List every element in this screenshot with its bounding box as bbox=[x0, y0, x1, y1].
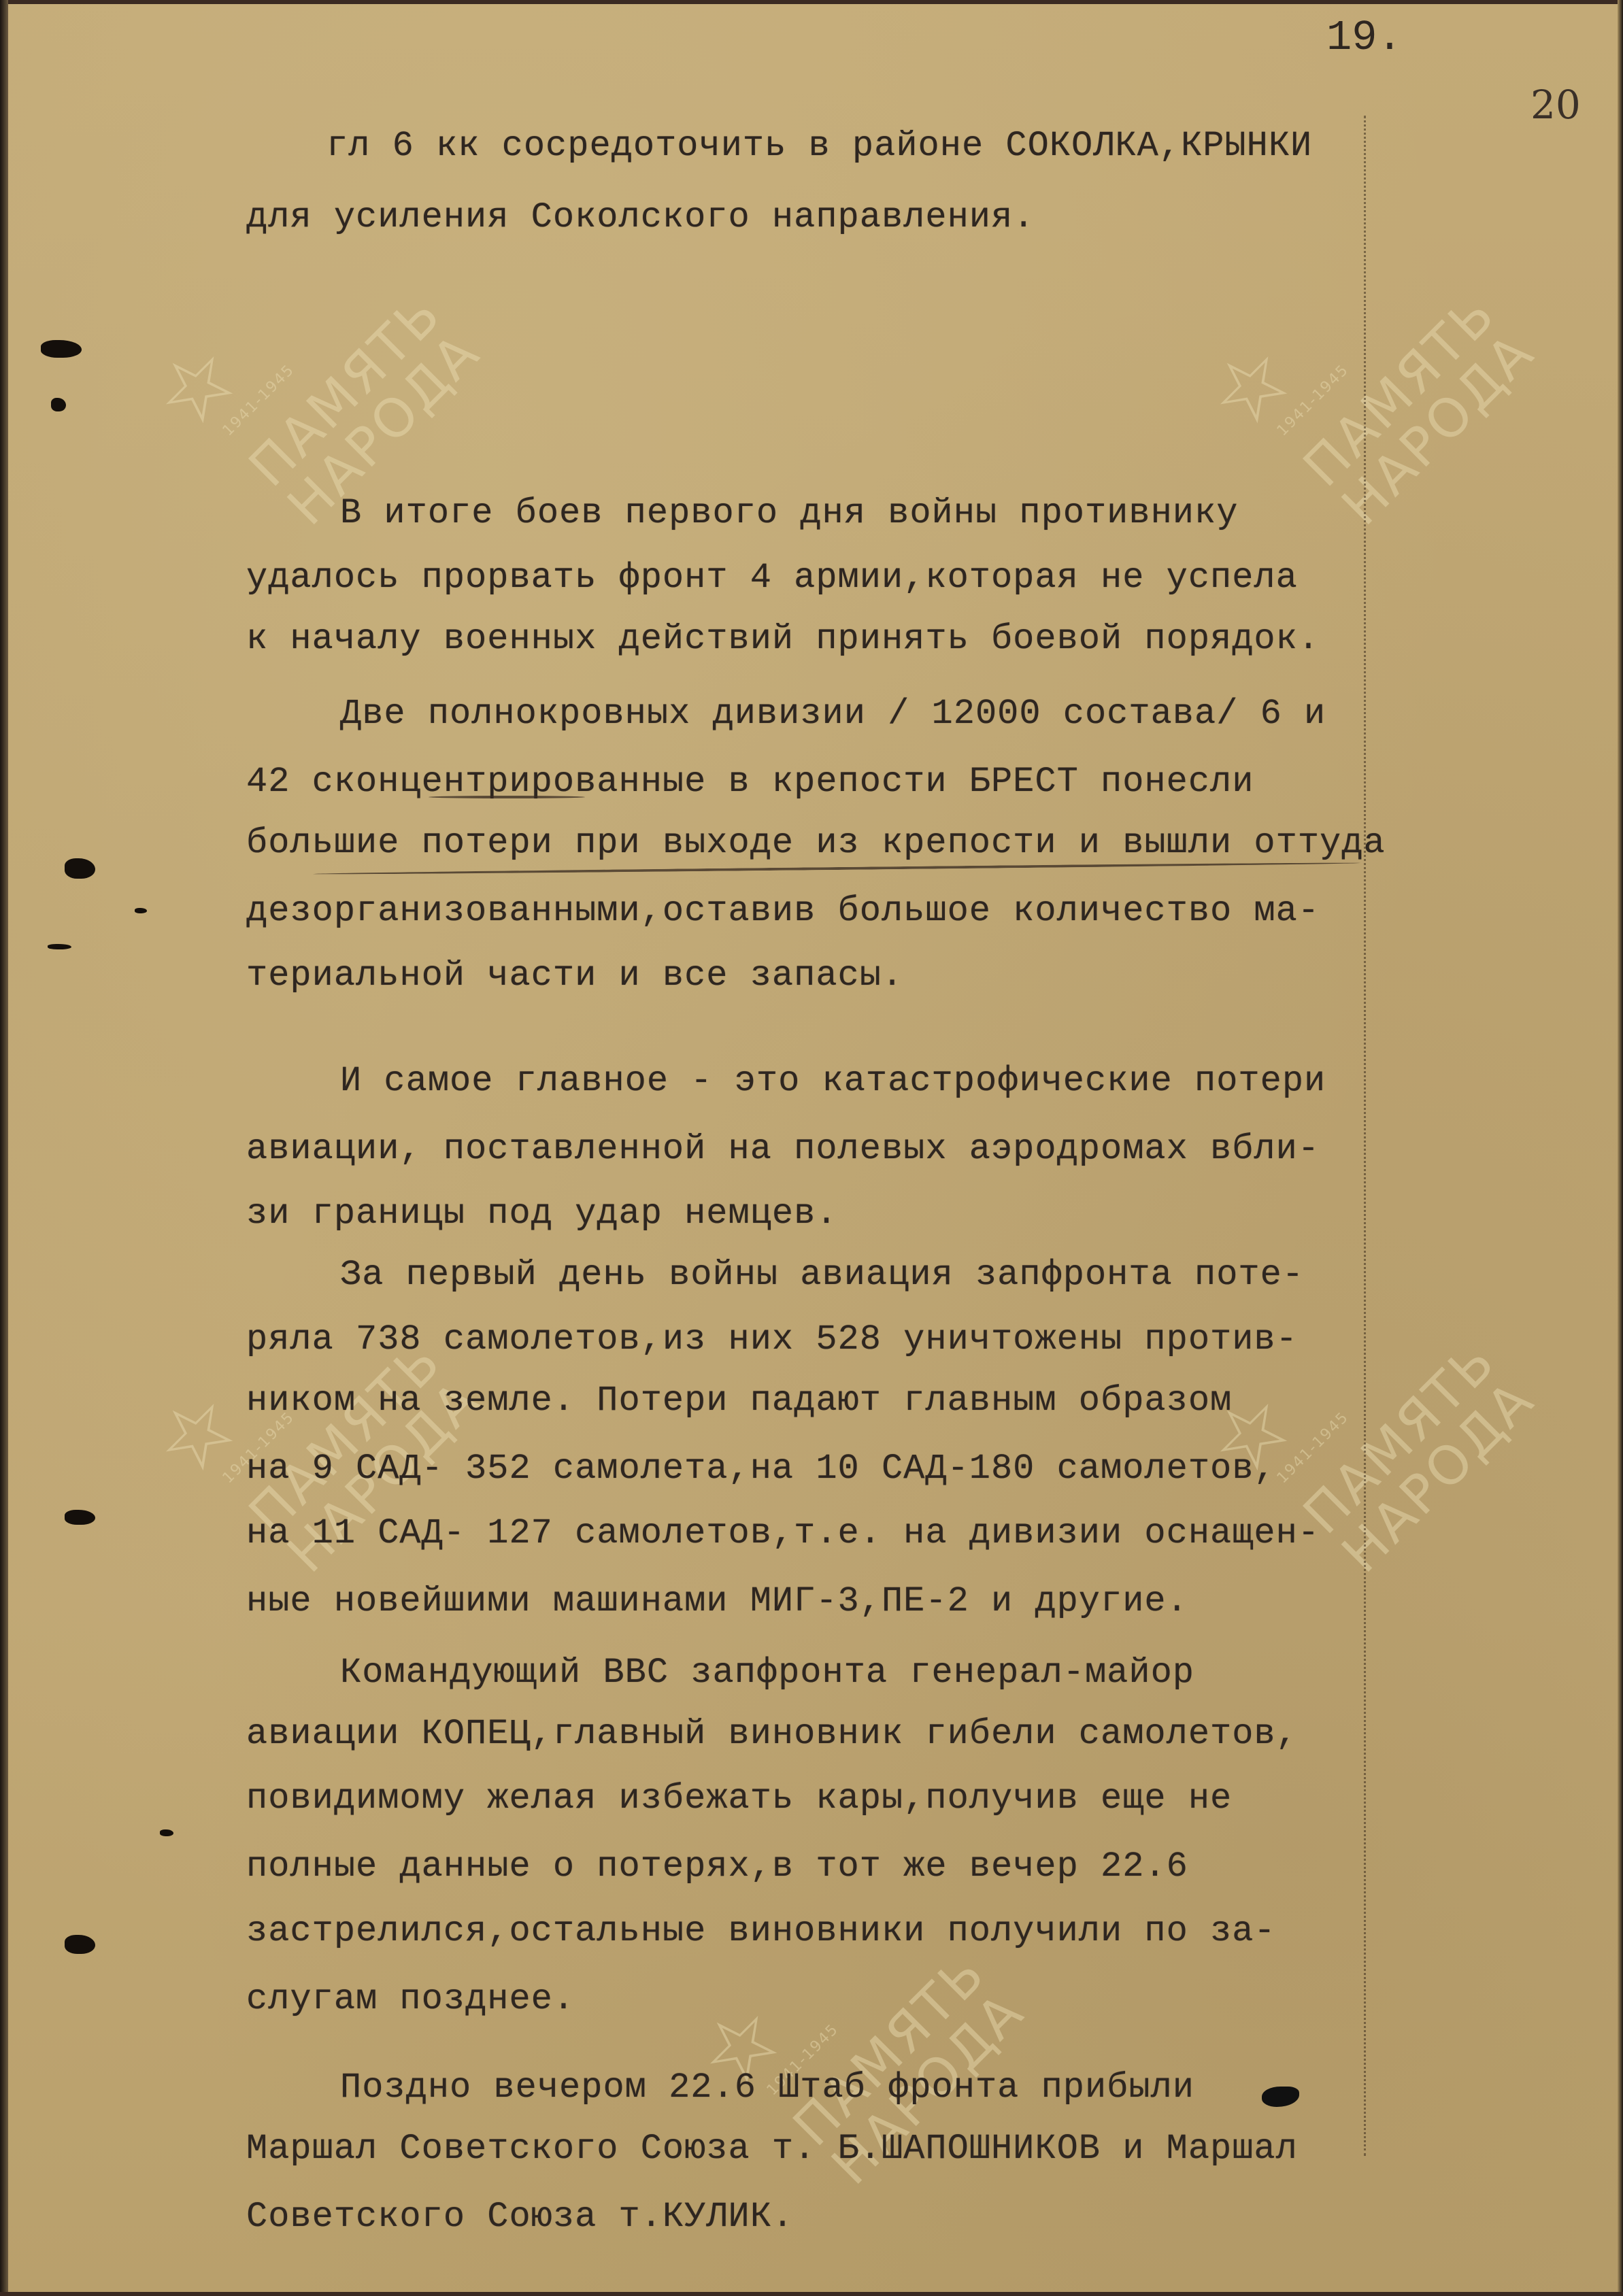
text-line: на 11 САД- 127 самолетов,т.е. на дивизии… bbox=[246, 1513, 1320, 1553]
punch-hole bbox=[135, 908, 147, 913]
text-line: Командующий ВВС запфронта генерал-майор bbox=[340, 1653, 1194, 1693]
text-line: И самое главное - это катастрофические п… bbox=[340, 1061, 1326, 1101]
scan-edge-right bbox=[1618, 0, 1623, 2296]
punch-hole bbox=[65, 1510, 95, 1525]
text-line: Советского Союза т.КУЛИК. bbox=[246, 2197, 794, 2237]
star-icon: ☆ bbox=[693, 1868, 918, 2093]
text-line: дезорганизованными,оставив большое колич… bbox=[246, 891, 1320, 931]
punch-hole bbox=[65, 1935, 95, 1954]
text-line: териальной части и все запасы. bbox=[246, 956, 903, 996]
text-line: За первый день войны авиация запфронта п… bbox=[340, 1255, 1304, 1295]
text-line: зи границы под удар немцев. bbox=[246, 1194, 838, 1234]
text-line: ные новейшими машинами МИГ-3,ПЕ-2 и друг… bbox=[246, 1581, 1188, 1621]
text-line: Маршал Советского Союза т. Б.ШАПОШНИКОВ … bbox=[246, 2129, 1298, 2169]
punch-hole bbox=[160, 1829, 173, 1836]
punch-hole bbox=[65, 858, 95, 879]
text-line: большие потери при выходе из крепости и … bbox=[246, 823, 1386, 863]
watermark: ☆ 1941-1945 ПАМЯТЬ НАРОДА bbox=[1218, 208, 1544, 535]
text-line: слугам позднее. bbox=[246, 1979, 575, 2019]
text-line: к началу военных действий принять боевой… bbox=[246, 619, 1320, 659]
document-page: ☆ 1941-1945 ПАМЯТЬ НАРОДА ☆ 1941-1945 ПА… bbox=[0, 0, 1623, 2296]
text-line: для усиления Соколского направления. bbox=[246, 197, 1035, 237]
text-line: гл 6 кк сосредоточить в районе СОКОЛКА,К… bbox=[327, 126, 1312, 166]
watermark: ☆ 1941-1945 ПАМЯТЬ НАРОДА bbox=[163, 208, 490, 535]
pencil-underline bbox=[313, 862, 1360, 875]
text-line: авиации, поставленной на полевых аэродро… bbox=[246, 1129, 1320, 1169]
text-line: Две полнокровных дивизии / 12000 состава… bbox=[340, 694, 1326, 734]
punch-hole bbox=[41, 340, 82, 358]
text-line: В итоге боев первого дня войны противник… bbox=[340, 493, 1238, 533]
text-line: ряла 738 самолетов,из них 528 уничтожены… bbox=[246, 1319, 1298, 1360]
text-line: на 9 САД- 352 самолета,на 10 САД-180 сам… bbox=[246, 1449, 1276, 1489]
text-line: авиации КОПЕЦ,главный виновник гибели са… bbox=[246, 1714, 1298, 1754]
text-line: застрелился,остальные виновники получили… bbox=[246, 1911, 1276, 1951]
star-icon: ☆ bbox=[149, 208, 374, 433]
text-line: повидимому желая избежать кары,получив е… bbox=[246, 1778, 1232, 1819]
text-line: Поздно вечером 22.6 Штаб фронта прибыли bbox=[340, 2067, 1194, 2108]
punch-hole bbox=[51, 398, 66, 411]
text-line: 42 сконцентрированные в крепости БРЕСТ п… bbox=[246, 762, 1254, 802]
archive-page-number: 20 bbox=[1530, 82, 1581, 128]
sheet-number: 19. bbox=[1326, 14, 1403, 62]
scan-edge-left bbox=[0, 0, 8, 2296]
scan-edge-top bbox=[0, 0, 1623, 4]
ink-blot bbox=[1262, 2087, 1299, 2107]
scan-edge-bottom bbox=[0, 2292, 1623, 2296]
margin-fold-line bbox=[1364, 116, 1366, 2156]
punch-hole bbox=[48, 944, 71, 949]
text-line: удалось прорвать фронт 4 армии,которая н… bbox=[246, 558, 1298, 598]
text-line: ником на земле. Потери падают главным об… bbox=[246, 1381, 1232, 1421]
star-icon: ☆ bbox=[1203, 208, 1428, 433]
pencil-underline bbox=[429, 796, 585, 798]
text-line: полные данные о потерях,в тот же вечер 2… bbox=[246, 1846, 1188, 1887]
